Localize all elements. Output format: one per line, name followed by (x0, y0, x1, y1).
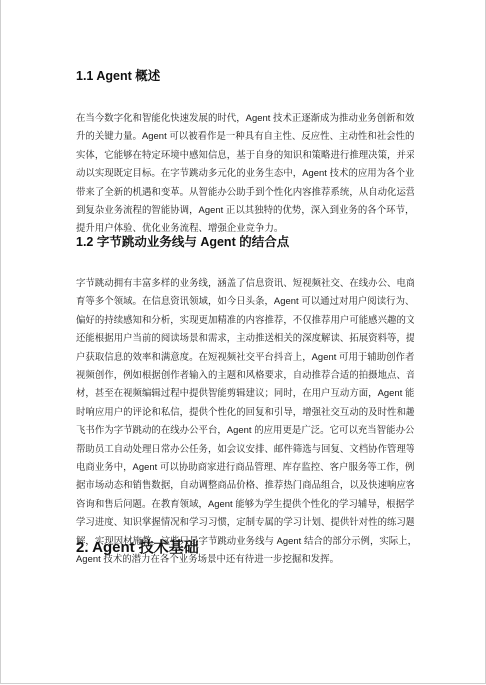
heading-1-2: 1.2 字节跳动业务线与 Agent 的结合点 (76, 232, 289, 250)
text-line: 实体，它能够在特定环境中感知信息，基于自身的知识和策略进行推理决策，并采取行 (76, 146, 414, 164)
text-line: 帮助员工自动处理日常办公任务，如会议安排、邮件筛选与回复、文档协作管理等。在 (76, 440, 414, 458)
text-line: 字节跳动拥有丰富多样的业务线，涵盖了信息资讯、短视频社交、在线办公、电商、教 (76, 274, 414, 292)
text-line: 学习进度、知识掌握情况和学习习惯，定制专属的学习计划、提供针对性的练习题和讲 (76, 513, 414, 531)
text-line: 户获取信息的效率和满意度。在短视频社交平台抖音上，Agent 可用于辅助创作者进… (76, 348, 414, 366)
paragraph-agent-overview: 在当今数字化和智能化快速发展的时代，Agent 技术正逐渐成为推动业务创新和效率… (76, 109, 414, 238)
text-line: 电商业务中，Agent 可以协助商家进行商品管理、库存监控、客户服务等工作，例如… (76, 458, 414, 476)
text-line: 材，甚至在视频编辑过程中提供智能剪辑建议；同时，在用户互动方面，Agent 能够… (76, 384, 414, 402)
text-line: 据市场动态和销售数据，自动调整商品价格、推荐热门商品组合，以及快速响应客户的 (76, 476, 414, 494)
text-line: 飞书作为字节跳动的在线办公平台，Agent 的应用更是广泛。它可以充当智能办公助… (76, 421, 414, 439)
document-page: 1.1 Agent 概述 在当今数字化和智能化快速发展的时代，Agent 技术正… (0, 0, 486, 684)
text-line: 咨询和售后问题。在教育领域，Agent 能够为学生提供个性化的学习辅导，根据学生… (76, 495, 414, 513)
text-line: 带来了全新的机遇和变革。从智能办公助手到个性化内容推荐系统，从自动化运营工具 (76, 183, 414, 201)
heading-1-1: 1.1 Agent 概述 (76, 66, 160, 84)
text-line: 到复杂业务流程的智能协调，Agent 正以其独特的优势，深入到业务的各个环节，助… (76, 201, 414, 219)
text-line: 偏好的持续感知和分析，实现更加精准的内容推荐，不仅推荐用户可能感兴趣的文章， (76, 311, 414, 329)
text-line: 视频创作，例如根据创作者输入的主题和风格要求，自动推荐合适的拍摄地点、音乐素 (76, 366, 414, 384)
text-line: 动以实现既定目标。在字节跳动多元化的业务生态中，Agent 技术的应用为各个业务… (76, 164, 414, 182)
heading-2: 2. Agent 技术基础 (76, 536, 199, 557)
text-line: 还能根据用户当前的阅读场景和需求，主动推送相关的深度解读、拓展资料等，提升用 (76, 329, 414, 347)
text-line: 在当今数字化和智能化快速发展的时代，Agent 技术正逐渐成为推动业务创新和效率… (76, 109, 414, 127)
text-line: 升的关键力量。Agent 可以被看作是一种具有自主性、反应性、主动性和社会性的软… (76, 127, 414, 145)
text-line: 育等多个领域。在信息资讯领域，如今日头条，Agent 可以通过对用户阅读行为、兴… (76, 292, 414, 310)
paragraph-business-lines: 字节跳动拥有丰富多样的业务线，涵盖了信息资讯、短视频社交、在线办公、电商、教 育… (76, 274, 414, 569)
text-line: 时响应用户的评论和私信，提供个性化的回复和引导，增强社交互动的及时性和趣味性。 (76, 403, 414, 421)
